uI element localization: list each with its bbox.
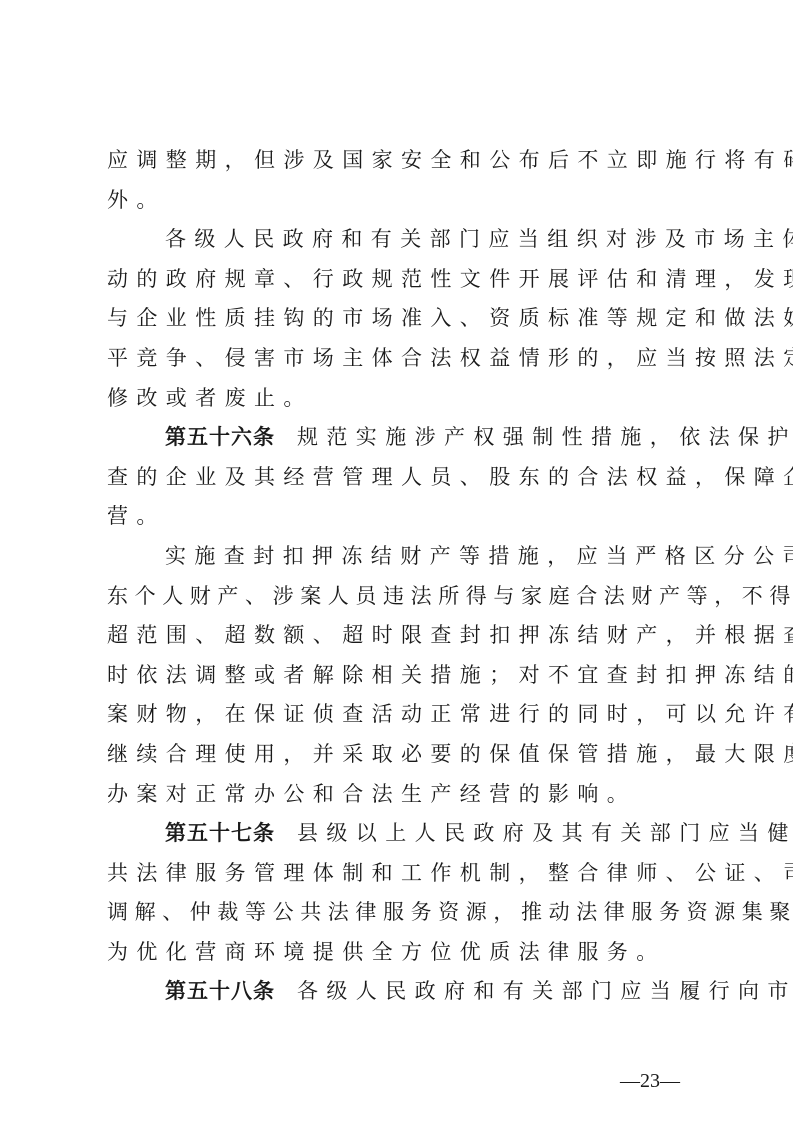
text-line: 查的企业及其经营管理人员、股东的合法权益，保障企业合法经	[107, 458, 697, 498]
article-58-first-line: 第五十八条各级人民政府和有关部门应当履行向市场主	[107, 972, 697, 1012]
text-line: 修改或者废止。	[107, 379, 697, 419]
text-line: 调解、仲裁等公共法律服务资源，推动法律服务资源集聚区建设，	[107, 893, 697, 933]
text-line: 各级人民政府和有关部门应当组织对涉及市场主体经济活	[107, 220, 697, 260]
text-line: 办案对正常办公和合法生产经营的影响。	[107, 775, 697, 815]
text-line: 超范围、超数额、超时限查封扣押冻结财产，并根据查办情况及	[107, 616, 697, 656]
text-line: 外。	[107, 181, 697, 221]
text-line: 规范实施涉产权强制性措施，依法保护协助调	[297, 425, 793, 449]
text-line: 营。	[107, 497, 697, 537]
article-57-first-line: 第五十七条县级以上人民政府及其有关部门应当健全公	[107, 814, 697, 854]
page-number: —23—	[620, 1070, 680, 1093]
text-line: 动的政府规章、行政规范性文件开展评估和清理，发现其中存在	[107, 260, 697, 300]
text-line: 东个人财产、涉案人员违法所得与家庭合法财产等，不得超权限、	[107, 577, 697, 617]
text-line: 案财物，在保证侦查活动正常进行的同时，可以允许有关当事人	[107, 695, 697, 735]
article-56-first-line: 第五十六条规范实施涉产权强制性措施，依法保护协助调	[107, 418, 697, 458]
article-58-label: 第五十八条	[165, 979, 275, 1003]
text-line: 应调整期，但涉及国家安全和公布后不立即施行将有碍施行的除	[107, 141, 697, 181]
article-56-label: 第五十六条	[165, 425, 275, 449]
text-line: 各级人民政府和有关部门应当履行向市场主	[297, 979, 793, 1003]
text-line: 时依法调整或者解除相关措施；对不宜查封扣押冻结的经营性涉	[107, 656, 697, 696]
document-page: 应调整期，但涉及国家安全和公布后不立即施行将有碍施行的除 外。 各级人民政府和有…	[107, 141, 697, 1012]
text-line: 与企业性质挂钩的市场准入、资质标准等规定和做法妨碍市场公	[107, 299, 697, 339]
article-57-label: 第五十七条	[165, 821, 275, 845]
text-line: 平竞争、侵害市场主体合法权益情形的，应当按照法定程序予以	[107, 339, 697, 379]
text-line: 县级以上人民政府及其有关部门应当健全公	[297, 821, 793, 845]
text-line: 共法律服务管理体制和工作机制，整合律师、公证、司法鉴定、	[107, 854, 697, 894]
text-line: 为优化营商环境提供全方位优质法律服务。	[107, 933, 697, 973]
text-line: 继续合理使用，并采取必要的保值保管措施，最大限度减少侦查	[107, 735, 697, 775]
text-line: 实施查封扣押冻结财产等措施，应当严格区分公司法人与股	[107, 537, 697, 577]
